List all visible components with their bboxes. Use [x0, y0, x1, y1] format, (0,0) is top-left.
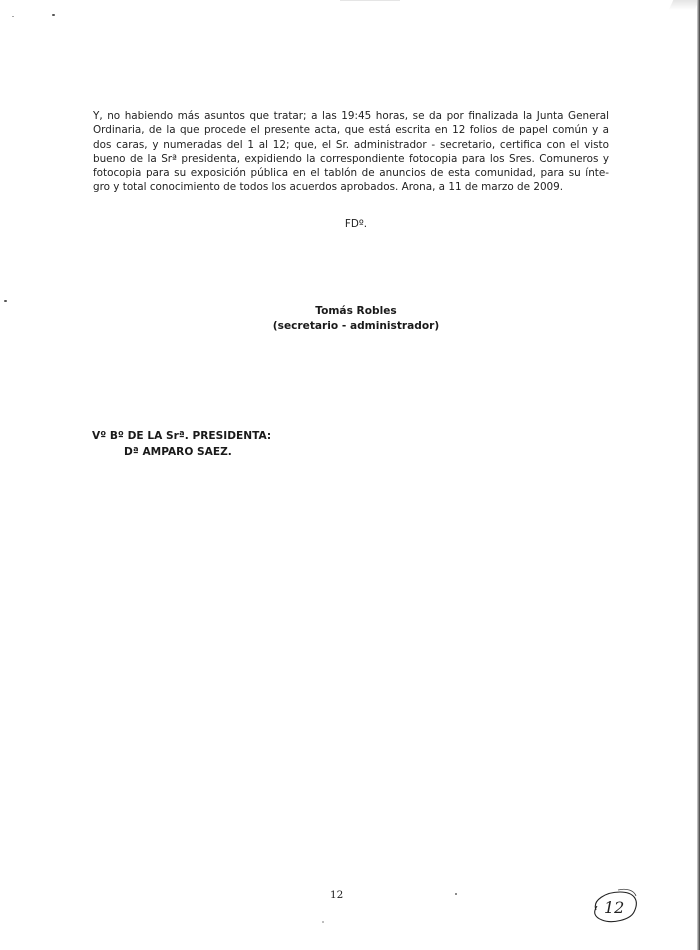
circled-number-icon: 12 — [588, 886, 640, 926]
svg-text:12: 12 — [604, 898, 624, 917]
scan-speck — [322, 921, 324, 923]
paragraph-line: fotocopia para su exposición pública en … — [93, 166, 609, 180]
scan-artifact-line — [340, 0, 400, 1]
page-number: 12 — [330, 889, 343, 901]
approval-heading: Vº Bº DE LA Srª. PRESIDENTA: — [92, 428, 271, 444]
closing-paragraph: Y, no habiendo más asuntos que tratar; a… — [93, 109, 609, 195]
page-corner-shadow — [669, 0, 700, 10]
signer-role: (secretario - administrador) — [12, 319, 700, 334]
approval-name: Dª AMPARO SAEZ. — [92, 444, 271, 460]
document-page: Y, no habiendo más asuntos que tratar; a… — [0, 0, 700, 950]
scan-speck — [4, 300, 7, 302]
paragraph-line: Ordinaria, de la que procede el presente… — [93, 123, 609, 137]
handwritten-page-number: 12 — [588, 886, 640, 926]
signature-marker: FDº. — [0, 218, 700, 230]
paragraph-line: dos caras, y numeradas del 1 al 12; que,… — [93, 138, 609, 152]
signer-name: Tomás Robles — [12, 304, 700, 319]
scan-speck — [52, 14, 55, 16]
approval-block: Vº Bº DE LA Srª. PRESIDENTA: Dª AMPARO S… — [92, 428, 271, 460]
scan-speck — [455, 893, 457, 895]
paragraph-line: Y, no habiendo más asuntos que tratar; a… — [93, 109, 609, 123]
paragraph-line: gro y total conocimiento de todos los ac… — [93, 180, 609, 194]
scan-speck — [12, 16, 14, 17]
signer-block: Tomás Robles (secretario - administrador… — [0, 304, 700, 334]
paragraph-line: bueno de la Srª presidenta, expidiendo l… — [93, 152, 609, 166]
